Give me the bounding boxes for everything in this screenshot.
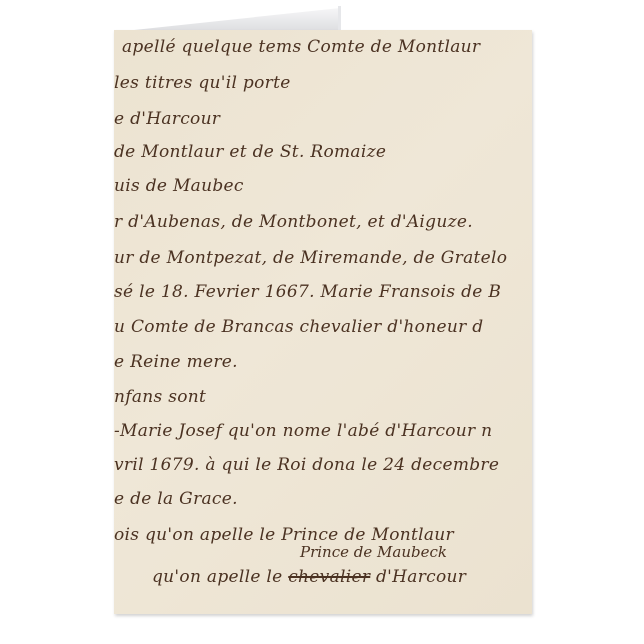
manuscript-line-13: vril 1679. à qui le Roi dona le 24 decem…	[114, 455, 499, 475]
greeting-card-front: apellé quelque tems Comte de Montlaur le…	[114, 30, 532, 614]
manuscript-line-12: -Marie Josef qu'on nome l'abé d'Harcour …	[114, 421, 492, 441]
manuscript-line-3: e d'Harcour	[114, 109, 220, 129]
manuscript-line-2: les titres qu'il porte	[114, 73, 291, 93]
interlinear-correction: Prince de Maubeck	[300, 543, 447, 561]
manuscript-line-1: apellé quelque tems Comte de Montlaur	[122, 37, 480, 57]
manuscript-line-5: uis de Maubec	[114, 176, 244, 196]
struck-word: chevalier	[288, 567, 370, 587]
manuscript-line-9: u Comte de Brancas chevalier d'honeur d	[114, 317, 483, 337]
manuscript-line-6: r d'Aubenas, de Montbonet, et d'Aiguze.	[114, 212, 473, 232]
manuscript-line-7: ur de Montpezat, de Miremande, de Gratel…	[114, 248, 507, 268]
manuscript-line-8: sé le 18. Fevrier 1667. Marie Fransois d…	[114, 282, 501, 302]
last-line-prefix: qu'on apelle le	[152, 567, 283, 587]
manuscript-line-14: e de la Grace.	[114, 489, 238, 509]
card-back-flap-edge	[338, 6, 341, 32]
last-line-suffix: d'Harcour	[376, 567, 466, 587]
manuscript-last-line: qu'on apelle le chevalier d'Harcour	[152, 567, 466, 587]
manuscript-line-11: nfans sont	[114, 387, 206, 407]
manuscript-line-4: de Montlaur et de St. Romaize	[114, 142, 386, 162]
card-back-flap	[115, 8, 340, 32]
manuscript-line-10: e Reine mere.	[114, 352, 238, 372]
manuscript-line-15: ois qu'on apelle le Prince de Montlaur	[114, 525, 454, 545]
